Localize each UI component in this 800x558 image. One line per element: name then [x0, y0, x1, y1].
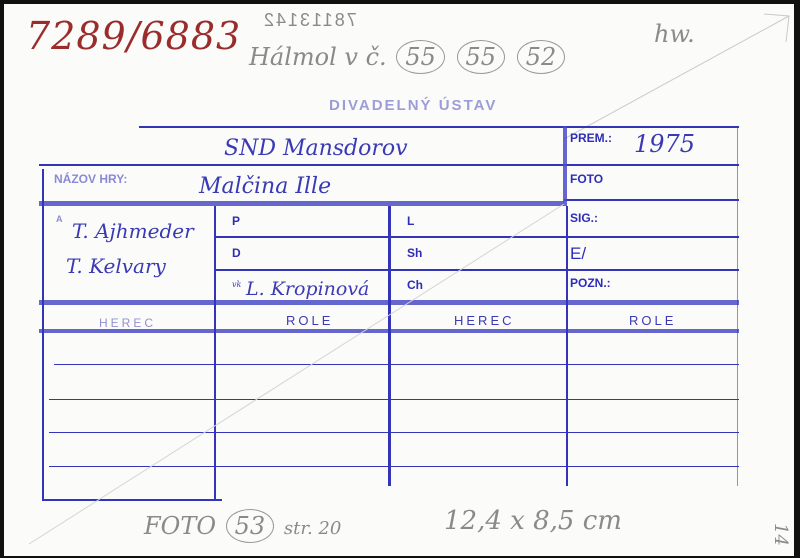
archive-card: 7289/6883 78113142 Hálmol v č. 55 55 52 …	[4, 4, 794, 556]
diagonal-line-icon	[4, 4, 794, 556]
